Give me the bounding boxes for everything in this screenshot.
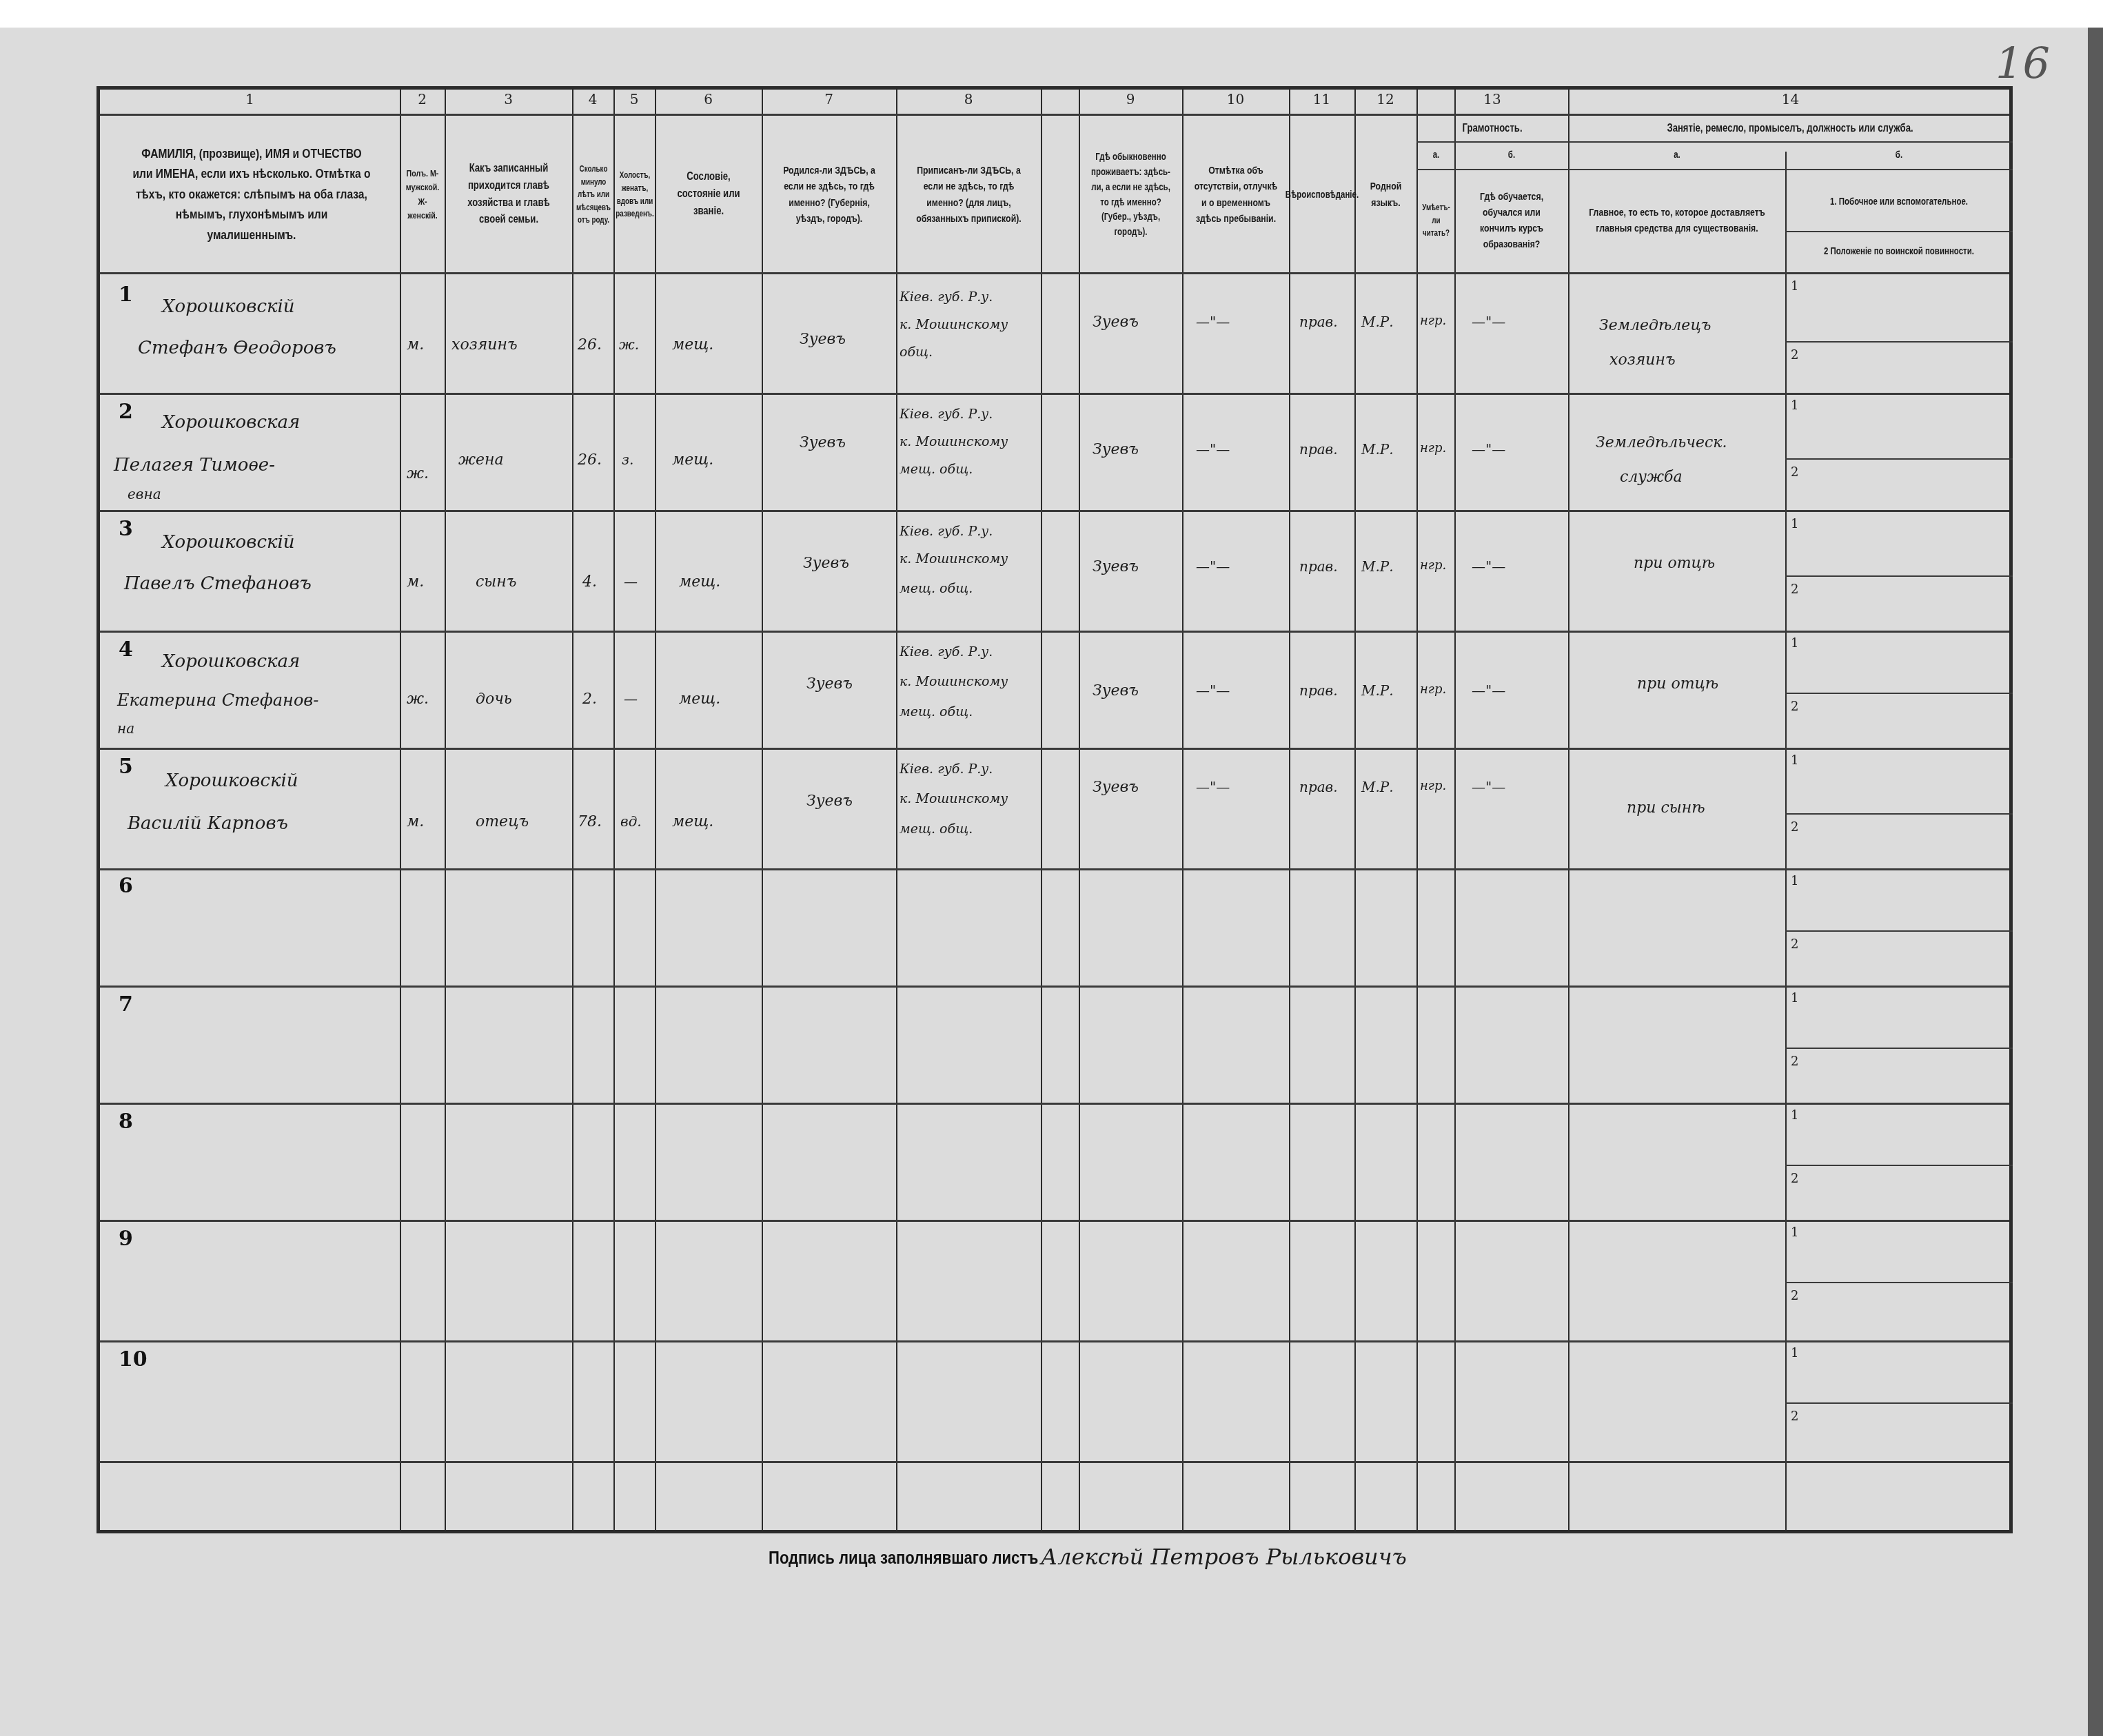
row-rule	[1568, 169, 2013, 170]
col-rule	[1568, 90, 1569, 1530]
cell-registered: к. Мошинскому	[900, 317, 1008, 332]
row-number: 5	[119, 755, 133, 779]
cell-relation: жена	[458, 451, 504, 469]
row-rule	[100, 1220, 2009, 1222]
sub-label: 2	[1791, 348, 1798, 362]
col-rule	[1785, 152, 1787, 1530]
sub-label: 1	[1791, 1108, 1798, 1123]
header-occupation-b-label: б.	[1807, 141, 1991, 169]
sub-label: 2	[1791, 1409, 1798, 1424]
row-rule	[100, 748, 2009, 750]
cell-registered: Кiев. губ. Р.у.	[900, 644, 993, 660]
col-number: 13	[1416, 91, 1568, 116]
col-number: 1	[100, 91, 400, 116]
row-rule	[1416, 169, 1568, 170]
cell-language: М.Р.	[1361, 314, 1394, 330]
cell-occupation: при сынѣ	[1627, 799, 1705, 817]
cell-registered: к. Мошинскому	[900, 434, 1008, 449]
sub-label: 1	[1791, 991, 1798, 1005]
cell-given-name: Пелагея Тимоѳе-	[114, 455, 275, 476]
cell-sex: ж.	[407, 465, 429, 482]
col-number: 3	[445, 91, 572, 116]
page-number: 16	[1995, 38, 2050, 88]
cell-surname: Хорошковскій	[162, 296, 295, 317]
cell-absence: —"—	[1196, 779, 1230, 795]
cell-religion: прав.	[1299, 779, 1338, 795]
cell-residence: Зуевъ	[1093, 682, 1139, 699]
cell-can-read: нгр.	[1420, 779, 1446, 793]
cell-can-read: нгр.	[1420, 558, 1446, 573]
subrow-rule	[1785, 930, 2013, 932]
cell-registered: к. Мошинскому	[900, 674, 1008, 689]
subrow-rule	[1785, 693, 2013, 694]
cell-birthplace: Зуевъ	[806, 793, 853, 810]
sub-label: 1	[1791, 636, 1798, 651]
cell-occupation: при отцѣ	[1637, 675, 1718, 693]
cell-occupation: Земледѣлецъ	[1599, 317, 1711, 334]
col-rule	[1079, 90, 1080, 1530]
col-number: 14	[1568, 91, 2013, 116]
cell-sex: м.	[407, 336, 424, 354]
cell-residence: Зуевъ	[1093, 779, 1139, 796]
row-number: 4	[119, 637, 133, 662]
cell-absence: —"—	[1196, 558, 1230, 575]
col-rule	[400, 90, 401, 1530]
header-marital: Холостъ, женатъ, вдовъ или разведенъ.	[618, 121, 651, 269]
row-rule	[100, 868, 2009, 870]
header-absence: Отмѣтка объ отсутствіи, отлучкѣ и о врем…	[1193, 121, 1279, 269]
cell-can-read: нгр.	[1420, 682, 1446, 697]
header-main-occupation: Главное, то есть то, которое доставляетъ…	[1589, 172, 1765, 269]
sub-label: 1	[1791, 1346, 1798, 1360]
sub-label: 2	[1791, 820, 1798, 835]
col-rule	[1289, 90, 1290, 1530]
header-estate: Сословіе, состояніе или званіе.	[666, 121, 752, 269]
row-number: 7	[119, 992, 133, 1017]
cell-education: —"—	[1472, 779, 1505, 795]
signature-label: Подпись лица заполнявшаго листъ	[769, 1547, 1038, 1569]
col-number: 12	[1354, 91, 1416, 116]
cell-estate: мещ.	[672, 451, 713, 469]
cell-relation: отецъ	[476, 813, 529, 830]
cell-religion: прав.	[1299, 314, 1338, 330]
cell-education: —"—	[1472, 558, 1505, 575]
header-birthplace: Родился-ли ЗДѢСЬ, а если не здѣсь, то гд…	[775, 121, 883, 269]
cell-registered: к. Мошинскому	[900, 551, 1008, 566]
row-number: 9	[119, 1227, 133, 1251]
cell-education: —"—	[1472, 682, 1505, 699]
cell-registered: мещ. общ.	[900, 704, 973, 719]
cell-absence: —"—	[1196, 441, 1230, 458]
cell-age: 26.	[578, 451, 602, 469]
col-number: 9	[1079, 91, 1182, 116]
col-number: 11	[1289, 91, 1354, 116]
cell-absence: —"—	[1196, 682, 1230, 699]
row-rule	[100, 631, 2009, 633]
col-rule	[1454, 90, 1456, 1530]
row-rule	[100, 272, 2009, 274]
header-name: ФАМИЛІЯ, (прозвище), ИМЯ и ОТЧЕСТВО или …	[130, 121, 374, 269]
signature: Алексѣй Петровъ Рыльковичъ	[1041, 1544, 1407, 1570]
cell-given-name: евна	[128, 486, 161, 502]
col-number: 4	[572, 91, 613, 116]
cell-age: 4.	[582, 573, 597, 591]
row-number: 10	[119, 1347, 148, 1371]
col-rule	[655, 90, 656, 1530]
cell-education: —"—	[1472, 314, 1505, 330]
cell-registered: мещ. общ.	[900, 821, 973, 837]
cell-registered: Кiев. губ. Р.у.	[900, 524, 993, 539]
header-sex: Полъ. М-мужской. Ж-женскій.	[405, 121, 440, 269]
row-rule	[100, 1461, 2009, 1463]
census-table-frame	[96, 86, 2013, 1533]
cell-marital: —	[624, 573, 638, 590]
col-rule	[762, 90, 763, 1530]
cell-language: М.Р.	[1361, 682, 1394, 699]
header-occupation-a-label: а.	[1589, 141, 1765, 169]
sub-label: 1	[1791, 753, 1798, 768]
cell-age: 2.	[582, 691, 597, 708]
col-rule	[896, 90, 897, 1530]
sub-label: 1	[1791, 874, 1798, 888]
cell-relation: хозяинъ	[451, 336, 518, 354]
header-registered: Приписанъ-ли ЗДѢСЬ, а если не здѣсь, то …	[911, 121, 1028, 269]
cell-occupation: при отцѣ	[1634, 555, 1715, 572]
header-education: Гдѣ обучается, обучался или кончилъ курс…	[1466, 172, 1558, 269]
sub-label: 2	[1791, 1289, 1798, 1303]
row-number: 8	[119, 1110, 133, 1134]
cell-estate: мещ.	[672, 336, 713, 354]
cell-estate: мещ.	[672, 813, 713, 830]
col-number: 2	[400, 91, 445, 116]
cell-marital: —	[624, 691, 638, 707]
row-rule	[100, 393, 2009, 395]
sub-label: 1	[1791, 398, 1798, 413]
cell-absence: —"—	[1196, 314, 1230, 330]
cell-estate: мещ.	[679, 691, 720, 708]
header-military-status: 2 Положеніе по воинской повинности.	[1807, 232, 1991, 270]
cell-marital: ж.	[619, 336, 639, 353]
cell-surname: Хорошковскій	[165, 770, 298, 791]
cell-marital: вд.	[620, 813, 642, 830]
sub-label: 2	[1791, 699, 1798, 714]
cell-estate: мещ.	[679, 573, 720, 591]
subrow-rule	[1785, 1282, 2013, 1283]
row-rule	[100, 986, 2009, 988]
cell-sex: ж.	[407, 691, 429, 708]
header-secondary-occupation: 1. Побочное или вспомогательное.	[1807, 172, 1991, 231]
cell-marital: з.	[622, 451, 633, 468]
cell-registered: общ.	[900, 345, 933, 360]
cell-age: 26.	[578, 336, 602, 354]
cell-residence: Зуевъ	[1093, 558, 1139, 575]
sub-label: 2	[1791, 1172, 1798, 1186]
subrow-rule	[1785, 813, 2013, 815]
cell-religion: прав.	[1299, 441, 1338, 458]
cell-can-read: нгр.	[1420, 314, 1446, 328]
header-religion: Вѣроисповѣданіе.	[1296, 121, 1348, 269]
col-rule	[572, 90, 573, 1530]
cell-given-name: Василій Карповъ	[128, 813, 288, 834]
subrow-rule	[1785, 341, 2013, 343]
col-number: 5	[613, 91, 655, 116]
cell-registered: мещ. общ.	[900, 462, 973, 477]
sub-label: 1	[1791, 1225, 1798, 1240]
cell-religion: прав.	[1299, 558, 1338, 575]
sub-label: 1	[1791, 517, 1798, 531]
cell-birthplace: Зуевъ	[800, 434, 846, 451]
cell-birthplace: Зуевъ	[803, 555, 849, 572]
cell-birthplace: Зуевъ	[800, 331, 846, 348]
cell-relation: сынъ	[476, 573, 516, 591]
col-number: 7	[762, 91, 896, 116]
cell-given-name: Павелъ Стефановъ	[124, 573, 312, 594]
subrow-rule	[1785, 575, 2013, 577]
header-relation: Какъ записанный приходится главѣ хозяйст…	[457, 121, 560, 269]
cell-sex: м.	[407, 813, 424, 830]
cell-registered: Кiев. губ. Р.у.	[900, 762, 993, 777]
sub-label: 2	[1791, 465, 1798, 480]
col-number: 8	[896, 91, 1041, 116]
header-literacy-b-label: б.	[1466, 141, 1558, 169]
cell-given-name: на	[117, 720, 134, 737]
sub-label: 1	[1791, 279, 1798, 294]
cell-surname: Хорошковская	[162, 651, 300, 672]
subrow-rule	[1785, 1165, 2013, 1166]
row-number: 6	[119, 874, 133, 898]
col-rule	[1416, 90, 1418, 1530]
cell-registered: к. Мошинскому	[900, 791, 1008, 806]
row-number: 2	[119, 400, 133, 424]
sub-label: 2	[1791, 937, 1798, 952]
cell-occupation: хозяинъ	[1609, 351, 1676, 369]
subrow-rule	[1785, 1402, 2013, 1404]
header-literacy: Грамотность.	[1431, 117, 1553, 141]
cell-age: 78.	[578, 813, 602, 830]
cell-given-name: Стефанъ Ѳеодоровъ	[138, 338, 336, 358]
col-number: 6	[655, 91, 762, 116]
cell-residence: Зуевъ	[1093, 441, 1139, 458]
cell-language: М.Р.	[1361, 441, 1394, 458]
col-number: 10	[1182, 91, 1289, 116]
header-residence: Гдѣ обыкновенно проживаетъ: здѣсь-ли, а …	[1089, 121, 1172, 269]
cell-registered: Кiев. губ. Р.у.	[900, 407, 993, 422]
col-rule	[1182, 90, 1183, 1530]
row-rule	[100, 1340, 2009, 1342]
header-occupation: Занятіе, ремесло, промыселъ, должность и…	[1609, 117, 1971, 141]
cell-sex: м.	[407, 573, 424, 591]
col-rule	[613, 90, 615, 1530]
cell-relation: дочь	[476, 691, 512, 708]
row-number: 1	[119, 283, 133, 307]
header-can-read: Умѣетъ-ли читать?	[1421, 172, 1451, 269]
header-age: Сколько минуло лѣтъ или мѣсяцевъ отъ род…	[577, 121, 610, 269]
subrow-rule	[1785, 458, 2013, 460]
cell-can-read: нгр.	[1420, 441, 1446, 456]
cell-language: М.Р.	[1361, 779, 1394, 795]
header-language: Родной языкъ.	[1361, 121, 1410, 269]
cell-education: —"—	[1472, 441, 1505, 458]
cell-birthplace: Зуевъ	[806, 675, 853, 693]
cell-surname: Хорошковскій	[162, 532, 295, 553]
header-literacy-a-label: а.	[1421, 141, 1451, 169]
cell-occupation: служба	[1620, 469, 1683, 486]
sub-label: 2	[1791, 1054, 1798, 1069]
col-rule	[445, 90, 446, 1530]
cell-registered: мещ. общ.	[900, 581, 973, 596]
cell-given-name: Екатерина Стефанов-	[117, 691, 318, 710]
col-rule	[1041, 90, 1042, 1530]
row-number: 3	[119, 517, 133, 541]
cell-registered: Кiев. губ. Р.у.	[900, 289, 993, 305]
cell-religion: прав.	[1299, 682, 1338, 699]
col-rule	[1354, 90, 1356, 1530]
cell-language: М.Р.	[1361, 558, 1394, 575]
page-edge	[2088, 28, 2103, 1736]
sub-label: 2	[1791, 582, 1798, 597]
cell-surname: Хорошковская	[162, 412, 300, 433]
row-rule	[100, 510, 2009, 512]
cell-residence: Зуевъ	[1093, 314, 1139, 331]
row-rule	[100, 1103, 2009, 1105]
cell-occupation: Земледѣльческ.	[1596, 434, 1727, 451]
subrow-rule	[1785, 1048, 2013, 1049]
